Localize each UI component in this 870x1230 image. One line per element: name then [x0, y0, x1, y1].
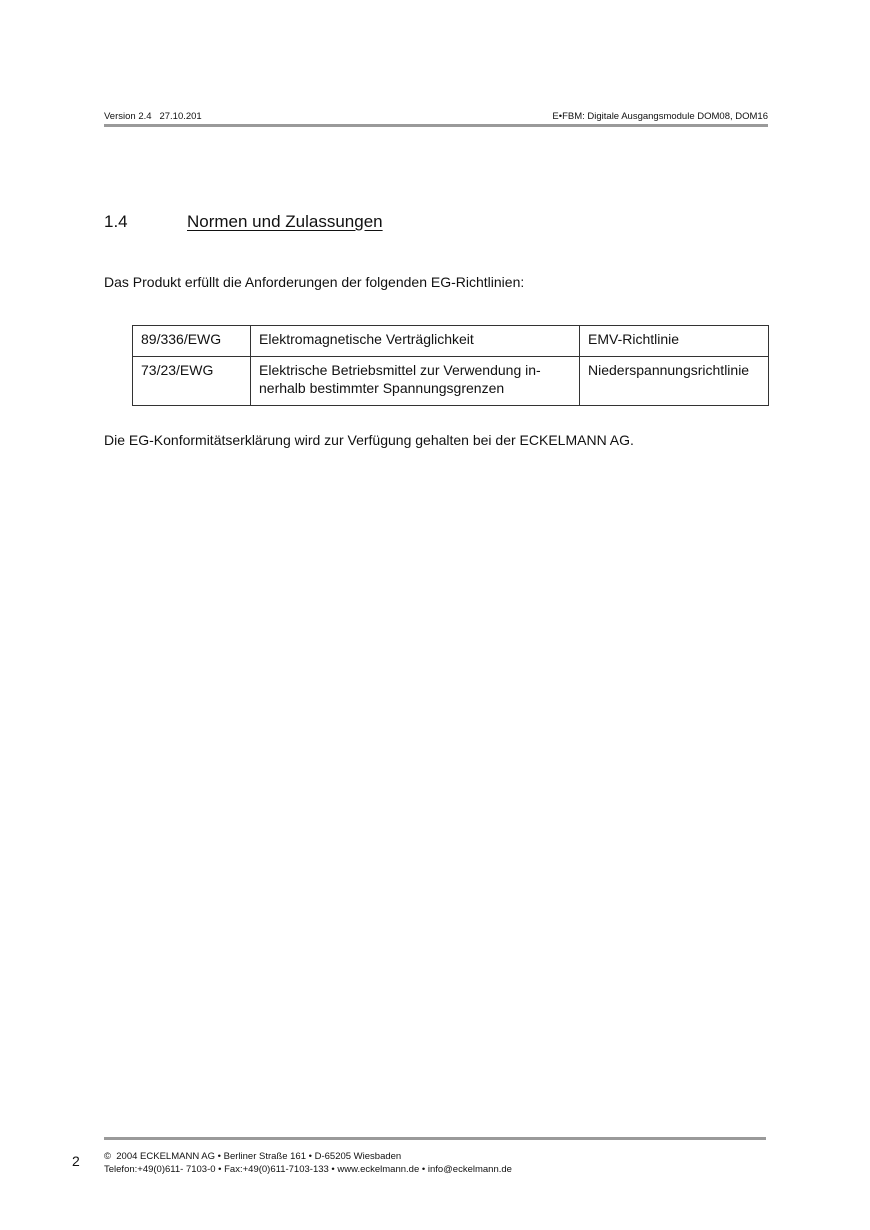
directive-description: Elektromagnetische Verträglichkeit: [251, 326, 580, 357]
section-title: Normen und Zulassungen: [187, 212, 383, 232]
header-document-title: E•FBM: Digitale Ausgangsmodule DOM08, DO…: [552, 111, 768, 122]
directive-name: EMV-Richtlinie: [580, 326, 769, 357]
table-row: 73/23/EWG Elektrische Betriebsmittel zur…: [133, 357, 769, 406]
footer-contact: Telefon:+49(0)611- 7103-0 • Fax:+49(0)61…: [104, 1164, 512, 1175]
conformity-note: Die EG-Konformitätserklärung wird zur Ve…: [104, 432, 634, 448]
footer-rule: [104, 1137, 766, 1140]
directive-description: Elektrische Betriebsmittel zur Verwendun…: [251, 357, 580, 406]
header-version: Version 2.4 27.10.201: [104, 111, 202, 122]
intro-paragraph: Das Produkt erfüllt die Anforderungen de…: [104, 274, 524, 290]
directive-code: 73/23/EWG: [133, 357, 251, 406]
section-number: 1.4: [104, 212, 128, 232]
header-rule: [104, 124, 768, 127]
directive-code: 89/336/EWG: [133, 326, 251, 357]
page-number: 2: [72, 1153, 80, 1169]
directives-table: 89/336/EWG Elektromagnetische Verträglic…: [132, 325, 769, 406]
table-row: 89/336/EWG Elektromagnetische Verträglic…: [133, 326, 769, 357]
footer-address: © 2004 ECKELMANN AG • Berliner Straße 16…: [104, 1151, 401, 1162]
page-header: Version 2.4 27.10.201 E•FBM: Digitale Au…: [104, 111, 768, 122]
directive-name: Niederspannungsrichtlinie: [580, 357, 769, 406]
